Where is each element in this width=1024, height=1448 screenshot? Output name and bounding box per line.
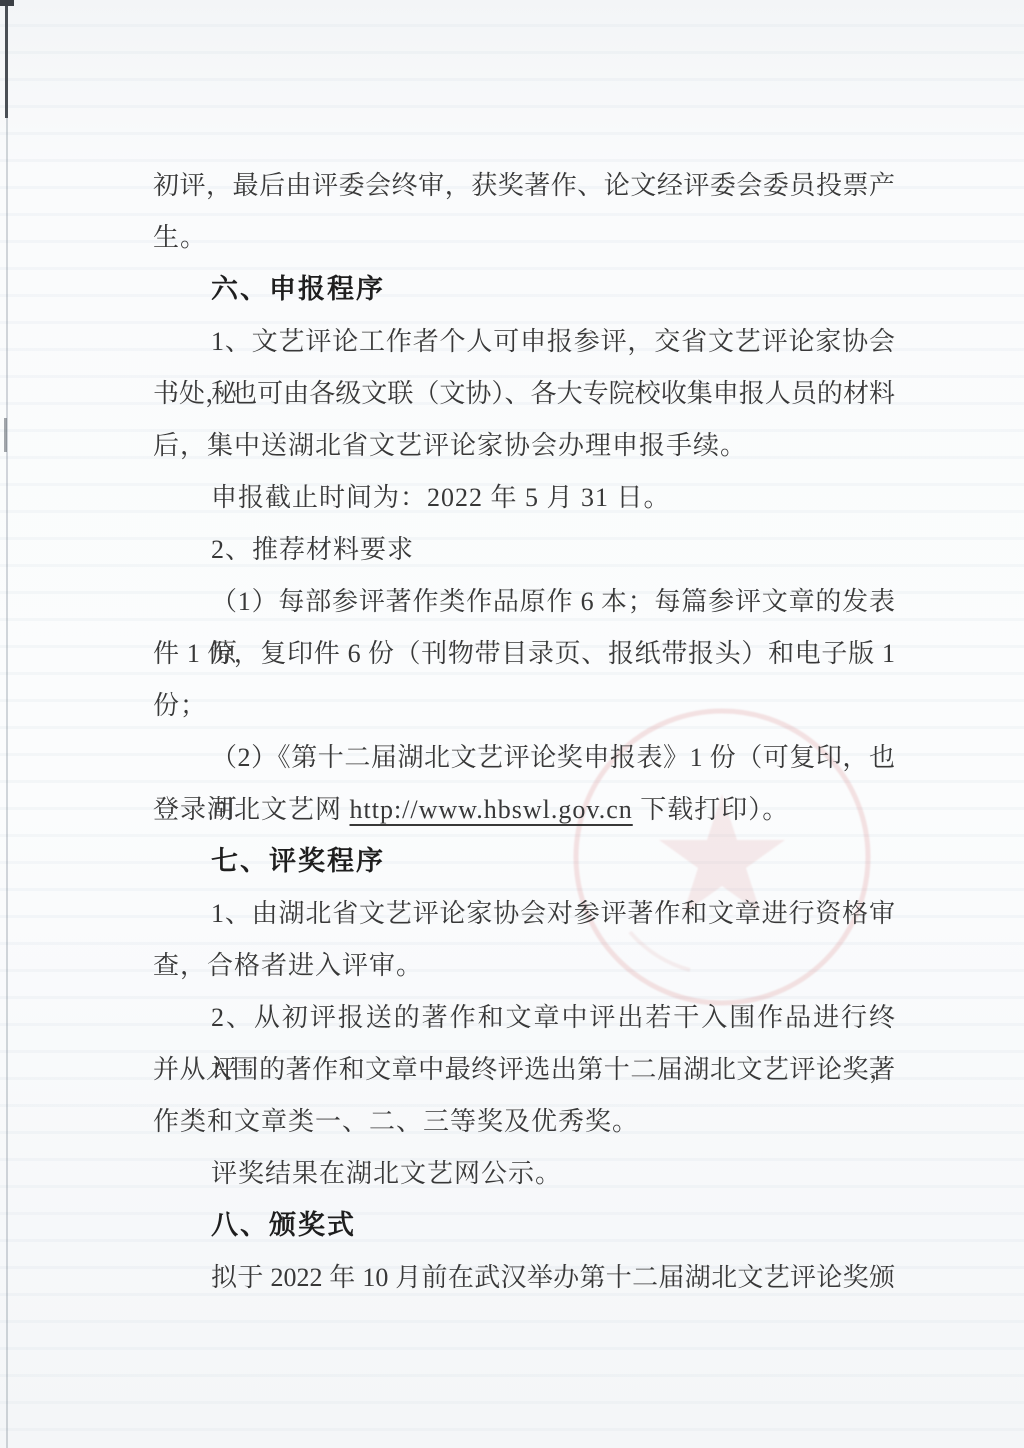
scan-edge-line — [6, 0, 8, 1448]
text-segment: 份； — [153, 691, 207, 720]
text-line: 2、从初评报送的著作和文章中评出若干入围作品进行终评， — [153, 992, 895, 1044]
text-segment: 申报截止时间为：2022 年 5 月 31 日。 — [211, 483, 671, 512]
text-segment: 书处，也可由各级文联（文协）、各大专院校收集申报人员的材料 — [153, 379, 895, 408]
text-line: 份； — [153, 680, 895, 732]
text-line: 登录湖北文艺网 http://www.hbswl.gov.cn 下载打印）。 — [153, 784, 895, 836]
section-heading: 六、申报程序 — [153, 264, 895, 316]
text-segment: 生。 — [153, 223, 207, 252]
scan-corner-mark — [0, 0, 14, 6]
text-line: 1、文艺评论工作者个人可申报参评，交省文艺评论家协会秘 — [153, 316, 895, 368]
text-line: 作类和文章类一、二、三等奖及优秀奖。 — [153, 1096, 895, 1148]
text-segment: 作类和文章类一、二、三等奖及优秀奖。 — [153, 1107, 639, 1136]
text-segment: 评奖结果在湖北文艺网公示。 — [211, 1159, 562, 1188]
text-segment: 下载打印）。 — [633, 795, 790, 824]
text-segment: 登录湖北文艺网 — [153, 795, 350, 824]
text-line: 并从入围的著作和文章中最终评选出第十二届湖北文艺评论奖著 — [153, 1044, 895, 1096]
document-body: 初评，最后由评委会终审，获奖著作、论文经评委会委员投票产生。六、申报程序1、文艺… — [153, 160, 895, 1304]
text-line: 拟于 2022 年 10 月前在武汉举办第十二届湖北文艺评论奖颁 — [153, 1252, 895, 1304]
text-segment: 查，合格者进入评审。 — [153, 951, 423, 980]
scan-edge-tick — [4, 418, 7, 452]
text-segment: 八、颁奖式 — [211, 1210, 356, 1241]
text-line: 生。 — [153, 212, 895, 264]
section-heading: 七、评奖程序 — [153, 836, 895, 888]
text-segment: 七、评奖程序 — [211, 846, 385, 877]
text-segment: 后，集中送湖北省文艺评论家协会办理申报手续。 — [153, 431, 747, 460]
section-heading: 八、颁奖式 — [153, 1200, 895, 1252]
text-segment: 件 1 份，复印件 6 份（刊物带目录页、报纸带报头）和电子版 1 — [153, 639, 895, 668]
text-segment: 2、推荐材料要求 — [211, 535, 414, 564]
text-segment: 初评，最后由评委会终审，获奖著作、论文经评委会委员投票产 — [153, 171, 895, 200]
text-line: 后，集中送湖北省文艺评论家协会办理申报手续。 — [153, 420, 895, 472]
text-line: 申报截止时间为：2022 年 5 月 31 日。 — [153, 472, 895, 524]
text-line: 书处，也可由各级文联（文协）、各大专院校收集申报人员的材料 — [153, 368, 895, 420]
text-segment: 拟于 2022 年 10 月前在武汉举办第十二届湖北文艺评论奖颁 — [211, 1263, 895, 1292]
url-text: http://www.hbswl.gov.cn — [350, 795, 633, 824]
text-line: 2、推荐材料要求 — [153, 524, 895, 576]
text-line: 件 1 份，复印件 6 份（刊物带目录页、报纸带报头）和电子版 1 — [153, 628, 895, 680]
text-segment: 并从入围的著作和文章中最终评选出第十二届湖北文艺评论奖著 — [153, 1055, 895, 1084]
text-segment: 六、申报程序 — [211, 274, 385, 305]
text-line: 评奖结果在湖北文艺网公示。 — [153, 1148, 895, 1200]
text-line: 1、由湖北省文艺评论家协会对参评著作和文章进行资格审 — [153, 888, 895, 940]
text-line: （2）《第十二届湖北文艺评论奖申报表》1 份（可复印，也可 — [153, 732, 895, 784]
text-segment: 1、由湖北省文艺评论家协会对参评著作和文章进行资格审 — [211, 899, 895, 928]
text-line: （1）每部参评著作类作品原作 6 本；每篇参评文章的发表原 — [153, 576, 895, 628]
text-line: 初评，最后由评委会终审，获奖著作、论文经评委会委员投票产 — [153, 160, 895, 212]
scan-edge-line-dark — [5, 0, 8, 118]
text-line: 查，合格者进入评审。 — [153, 940, 895, 992]
